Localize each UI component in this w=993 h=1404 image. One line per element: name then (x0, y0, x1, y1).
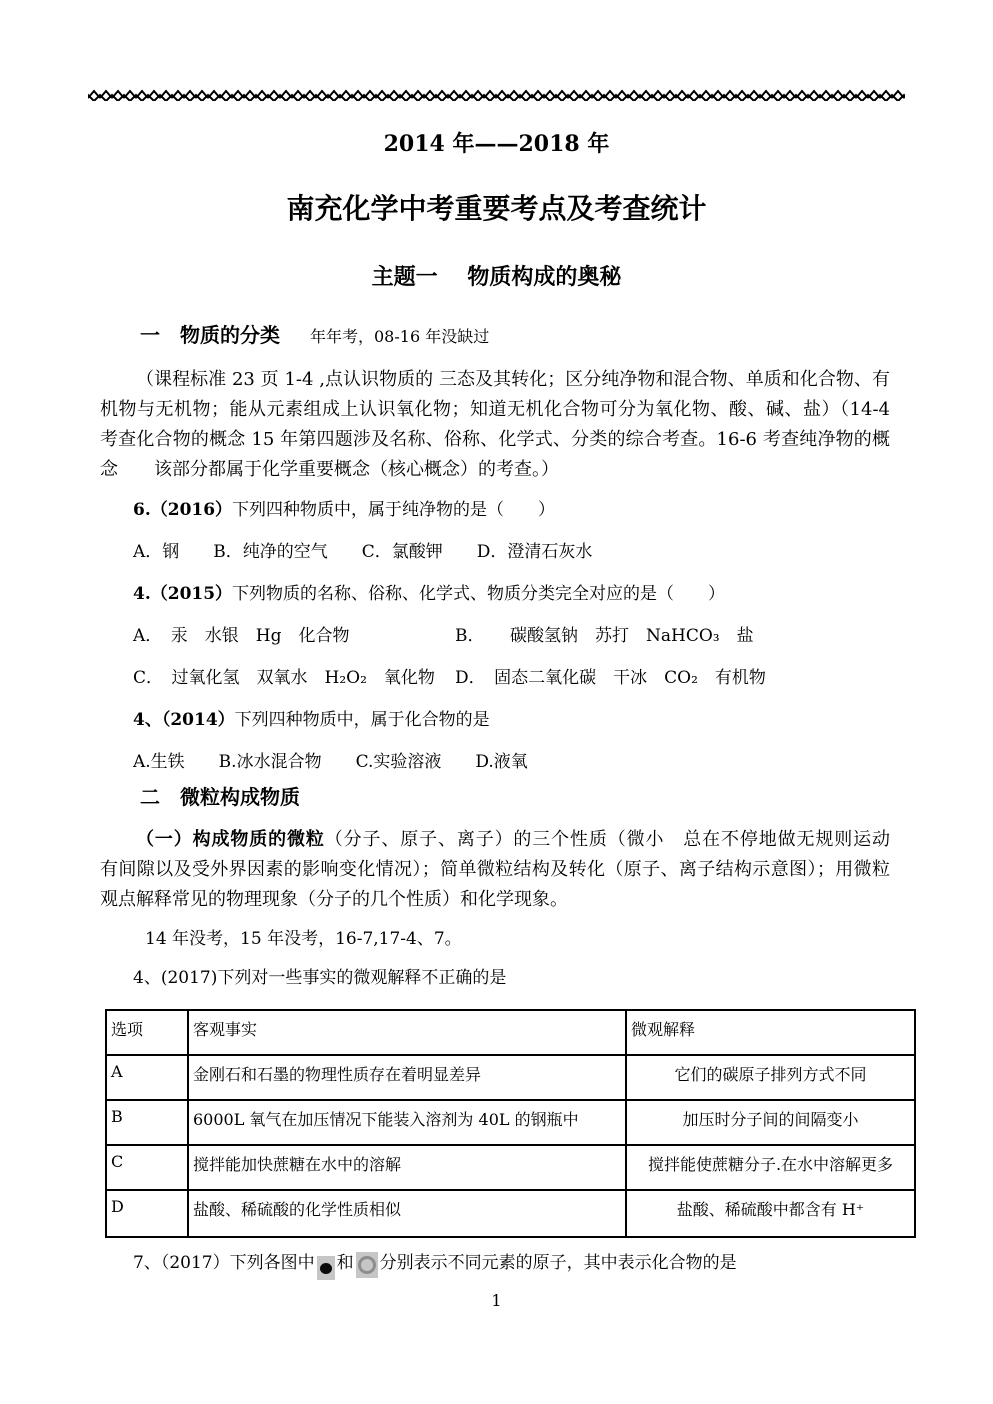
section-one-heading: 一 物质的分类年年考，08-16 年没缺过 (140, 323, 993, 349)
page-number: 1 (0, 1292, 993, 1310)
option-cell: C (106, 1145, 188, 1190)
question-2015-option-c: C． 过氧化氢 双氧水 H₂O₂ 氧化物 (133, 667, 455, 689)
black-dot-icon (320, 1263, 332, 1274)
exam-history-note: 14 年没考，15 年没考，16-7,17-4、7。 (145, 929, 993, 949)
theme-title: 主题一 物质构成的奥秘 (0, 265, 993, 291)
fact-cell: 盐酸、稀硫酸的化学性质相似 (188, 1190, 626, 1237)
question-2016: 6.（2016）下列四种物质中，属于纯净物的是（ ） (133, 499, 993, 521)
table-header-row: 选项 客观事实 微观解释 (106, 1010, 915, 1055)
main-title: 南充化学中考重要考点及考查统计 (0, 193, 993, 225)
section-one-heading-note: 年年考，08-16 年没缺过 (310, 327, 489, 346)
micro-particles-lead: （一）构成物质的微粒 (136, 829, 325, 850)
fact-cell: 金刚石和石墨的物理性质存在着明显差异 (188, 1055, 626, 1100)
question-2016-options: A．钢 B．纯净的空气 C．氯酸钾 D．澄清石灰水 (133, 541, 993, 563)
question-2015-option-a: A． 汞 水银 Hg 化合物 (133, 625, 455, 647)
question-2017-7-prefix: 7、（2017）下列各图中 (133, 1253, 315, 1273)
zigzag-divider (88, 88, 905, 101)
question-2017-7: 7、（2017）下列各图中和分别表示不同元素的原子，其中表示化合物的是 (133, 1250, 993, 1280)
question-2017-7-middle: 和 (337, 1253, 354, 1273)
question-2017-7-suffix: 分别表示不同元素的原子，其中表示化合物的是 (380, 1253, 737, 1273)
table-row-b: B 6000L 氧气在加压情况下能装入溶剂为 40L 的钢瓶中 加压时分子间的间… (106, 1100, 915, 1145)
circle-ring-icon (358, 1256, 376, 1274)
explanation-cell: 它们的碳原子排列方式不同 (626, 1055, 915, 1100)
section-two-heading: 二 微粒构成物质 (140, 785, 993, 809)
question-2015-options-ab: A． 汞 水银 Hg 化合物 B． 碳酸氢钠 苏打 NaHCO₃ 盐 (133, 625, 993, 647)
date-range-title: 2014 年——2018 年 (0, 131, 993, 157)
zigzag-line-icon (88, 88, 905, 101)
table-row-d: D 盐酸、稀硫酸的化学性质相似 盐酸、稀硫酸中都含有 H⁺ (106, 1190, 915, 1237)
section-one-heading-text: 一 物质的分类 (140, 323, 280, 347)
header-cell-fact: 客观事实 (188, 1010, 626, 1055)
question-2017-4: 4、(2017)下列对一些事实的微观解释不正确的是 (133, 967, 993, 989)
question-2016-label: 6.（2016） (133, 500, 232, 520)
explanation-cell: 加压时分子间的间隔变小 (626, 1100, 915, 1145)
option-cell: B (106, 1100, 188, 1145)
micro-particles-paragraph: （一）构成物质的微粒（分子、原子、离子）的三个性质（微小 总在不停地做无规则运动… (100, 825, 890, 915)
explanation-cell: 盐酸、稀硫酸中都含有 H⁺ (626, 1190, 915, 1237)
table-row-a: A 金刚石和石墨的物理性质存在着明显差异 它们的碳原子排列方式不同 (106, 1055, 915, 1100)
hollow-atom-icon (356, 1252, 378, 1278)
question-2015-option-b: B． 碳酸氢钠 苏打 NaHCO₃ 盐 (455, 625, 754, 647)
section-one-intro-paragraph: （课程标准 23 页 1-4 ,点认识物质的 三态及其转化；区分纯净物和混合物、… (100, 365, 890, 485)
filled-atom-icon (317, 1256, 335, 1280)
option-cell: A (106, 1055, 188, 1100)
question-2014: 4、（2014）下列四种物质中，属于化合物的是 (133, 709, 993, 731)
question-2014-label: 4、（2014） (133, 710, 235, 730)
question-2014-options: A.生铁 B.冰水混合物 C.实验溶液 D.液氧 (133, 751, 993, 773)
table-row-c: C 搅拌能加快蔗糖在水中的溶解 搅拌能使蔗糖分子.在水中溶解更多 (106, 1145, 915, 1190)
option-cell: D (106, 1190, 188, 1237)
facts-table: 选项 客观事实 微观解释 A 金刚石和石墨的物理性质存在着明显差异 它们的碳原子… (105, 1009, 916, 1238)
question-2015-text: 下列物质的名称、俗称、化学式、物质分类完全对应的是（ ） (232, 584, 725, 604)
fact-cell: 6000L 氧气在加压情况下能装入溶剂为 40L 的钢瓶中 (188, 1100, 626, 1145)
question-2015-label: 4.（2015） (133, 584, 232, 604)
header-cell-option: 选项 (106, 1010, 188, 1055)
document-page: 2014 年——2018 年 南充化学中考重要考点及考查统计 主题一 物质构成的… (0, 0, 993, 1404)
fact-cell: 搅拌能加快蔗糖在水中的溶解 (188, 1145, 626, 1190)
explanation-cell: 搅拌能使蔗糖分子.在水中溶解更多 (626, 1145, 915, 1190)
question-2016-text: 下列四种物质中，属于纯净物的是（ ） (232, 500, 555, 520)
header-cell-explanation: 微观解释 (626, 1010, 915, 1055)
question-2015: 4.（2015）下列物质的名称、俗称、化学式、物质分类完全对应的是（ ） (133, 583, 993, 605)
question-2015-options-cd: C． 过氧化氢 双氧水 H₂O₂ 氧化物 D． 固态二氧化碳 干冰 CO₂ 有机… (133, 667, 993, 689)
question-2014-text: 下列四种物质中，属于化合物的是 (235, 710, 490, 730)
question-2015-option-d: D． 固态二氧化碳 干冰 CO₂ 有机物 (455, 667, 766, 689)
